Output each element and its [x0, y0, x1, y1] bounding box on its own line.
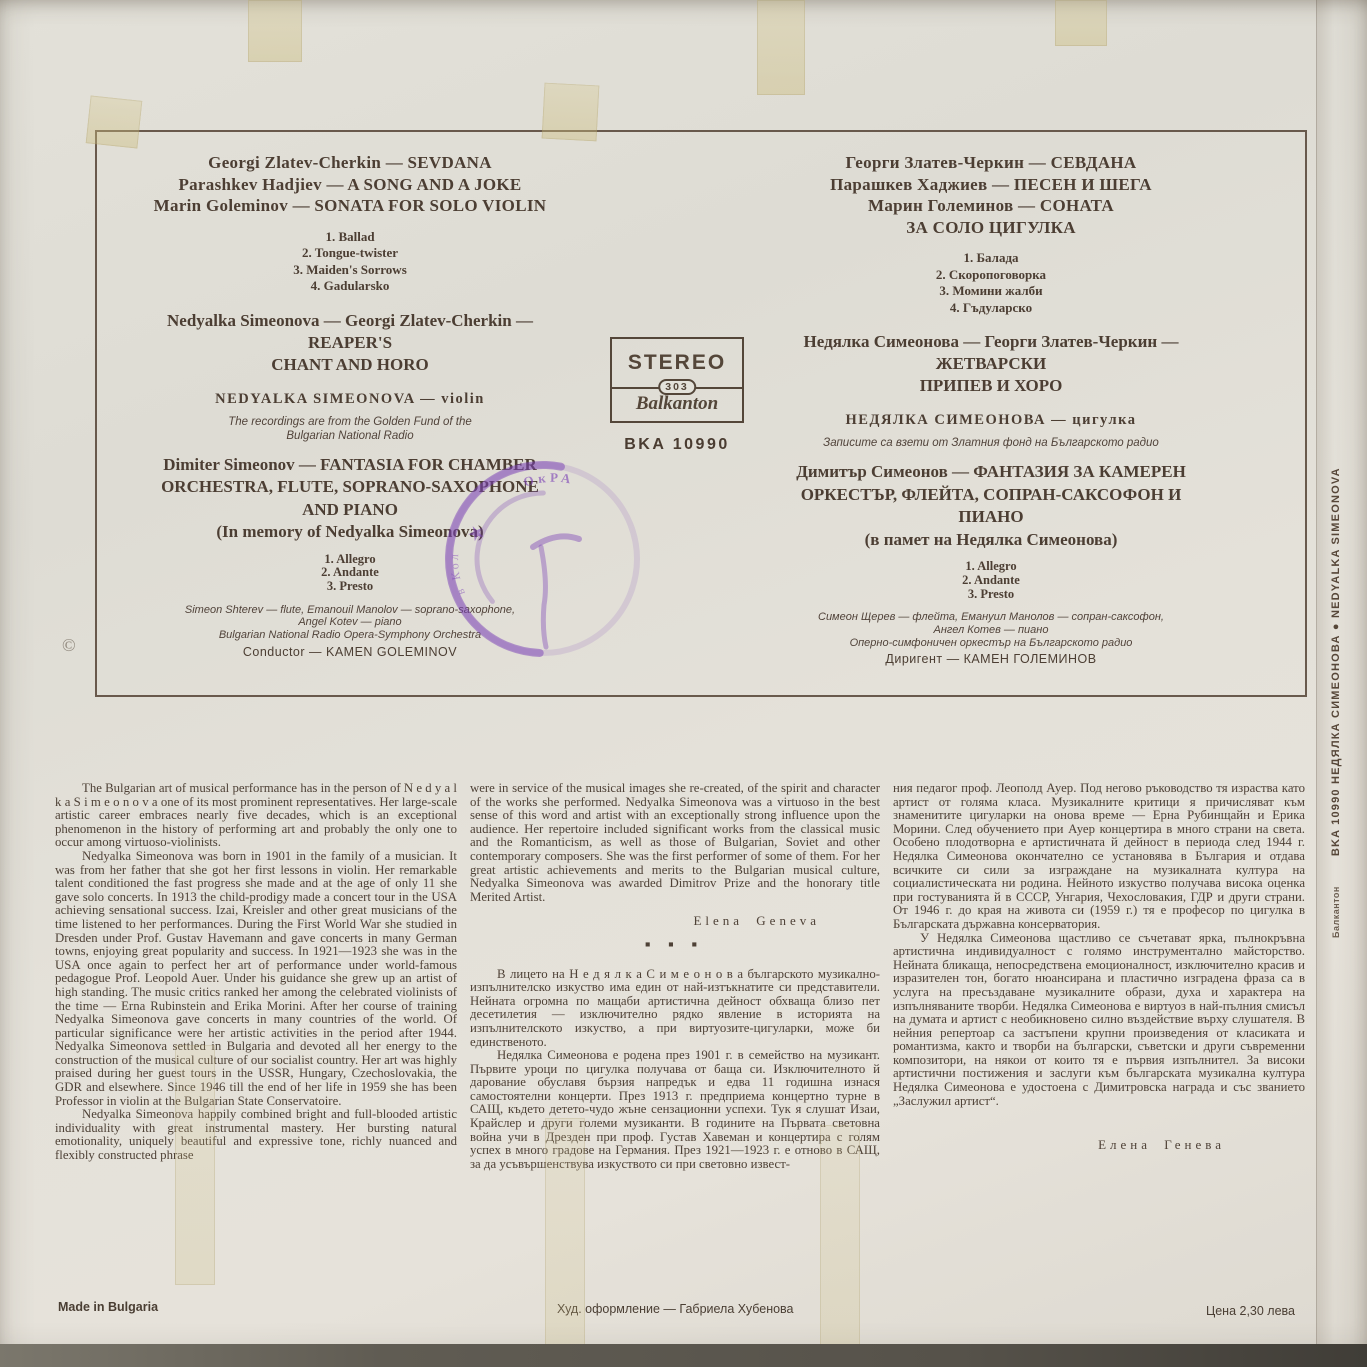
made-in-label: Made in Bulgaria: [58, 1300, 158, 1314]
tape-strip: [1055, 0, 1107, 46]
liner-notes-column-2: were in service of the musical images sh…: [470, 782, 880, 1171]
tracklist-box: Georgi Zlatev-Cherkin — SEVDANAParashkev…: [95, 130, 1307, 697]
work-title-line: ЗА СОЛО ЦИГУЛКА: [795, 217, 1187, 239]
record-sleeve-back: Georgi Zlatev-Cherkin — SEVDANAParashkev…: [0, 0, 1367, 1367]
en-fantasia-movements: 1. Allegro2. Andante3. Presto: [152, 553, 548, 594]
spine-balkanton-label: Балкантон: [1331, 886, 1341, 938]
movement-line: 3. Presto: [152, 580, 548, 594]
bg-fantasia-movements: 1. Allegro2. Andante3. Presto: [795, 560, 1187, 601]
credit-line: Bulgarian National Radio Opera-Symphony …: [152, 629, 548, 642]
spine-catalog-title: BKA 10990 НЕДЯЛКА СИМЕОНОВА ● NEDYALKA S…: [1330, 467, 1342, 856]
catalog-number: BKA 10990: [610, 436, 744, 454]
work-title-line: Marin Goleminov — SONATA FOR SOLO VIOLIN: [152, 195, 548, 217]
movement-line: 4. Гъдуларско: [795, 300, 1187, 317]
movement-line: 1. Ballad: [152, 229, 548, 246]
en-conductor-line: Conductor — KAMEN GOLEMINOV: [152, 645, 548, 659]
work-title-line: ЖЕТВАРСКИ: [795, 353, 1187, 375]
bio-en-paragraph: were in service of the musical images sh…: [470, 782, 880, 904]
copyright-mark: ©: [62, 635, 76, 656]
tape-strip: [175, 1045, 215, 1285]
bg-conductor-line: Диригент — КАМЕН ГОЛЕМИНОВ: [795, 652, 1187, 666]
bio-en-paragraph: Nedyalka Simeonova was born in 1901 in t…: [55, 850, 457, 1108]
en-works-header: Georgi Zlatev-Cherkin — SEVDANAParashkev…: [152, 152, 548, 217]
movement-line: 2. Andante: [152, 566, 548, 580]
work-title-line: ПРИПЕВ И ХОРО: [795, 375, 1187, 397]
author-signature-en: Elena Geneva: [470, 914, 880, 928]
en-performer-line: NEDYALKA SIMEONOVA — violin: [152, 391, 548, 408]
work-title-line: Parashkev Hadjiev — A SONG AND A JOKE: [152, 174, 548, 196]
credit-line: Angel Kotev — piano: [152, 616, 548, 629]
tape-strip: [545, 1118, 585, 1346]
movement-line: 2. Andante: [795, 574, 1187, 588]
en-fantasia-work: Dimiter Simeonov — FANTASIA FOR CHAMBERO…: [152, 454, 548, 544]
stereo-303-badge: 303: [658, 379, 696, 395]
price-label: Цена 2,30 лева: [1206, 1304, 1295, 1318]
bio-bg-paragraph: ния педагог проф. Леополд Ауер. Под него…: [893, 782, 1305, 932]
tracklist-english: Georgi Zlatev-Cherkin — SEVDANAParashkev…: [152, 152, 548, 659]
en-reapers-work: Nedyalka Simeonova — Georgi Zlatev-Cherk…: [152, 310, 548, 376]
tape-strip: [820, 1125, 860, 1346]
tracklist-bulgarian: Георги Златев-Черкин — СЕВДАНАПарашкев Х…: [795, 152, 1187, 666]
work-title-line: ПИАНО: [795, 506, 1187, 529]
credit-line: Симеон Щерев — флейта, Емануил Манолов —…: [795, 611, 1187, 624]
liner-notes-column-1: The Bulgarian art of musical performance…: [55, 782, 457, 1163]
work-title-line: (в памет на Недялка Симеонова): [795, 529, 1187, 552]
liner-notes-column-3: ния педагог проф. Леополд Ауер. Под него…: [893, 782, 1305, 1152]
work-title-line: CHANT AND HORO: [152, 354, 548, 376]
work-title-line: Недялка Симеонова — Георги Златев-Черкин…: [795, 331, 1187, 353]
bio-en-paragraph: The Bulgarian art of musical performance…: [55, 782, 457, 850]
tape-strip: [248, 0, 302, 62]
tape-strip: [542, 83, 600, 142]
movement-line: 3. Момини жалби: [795, 283, 1187, 300]
bio-bg-paragraph: В лицето на Н е д я л к а С и м е о н о …: [470, 968, 880, 1050]
bg-fantasia-work: Димитър Симеонов — ФАНТАЗИЯ ЗА КАМЕРЕНОР…: [795, 461, 1187, 551]
section-separator: ■ ■ ■: [470, 938, 880, 952]
movement-line: 3. Maiden's Sorrows: [152, 262, 548, 279]
work-title-line: Георги Златев-Черкин — СЕВДАНА: [795, 152, 1187, 174]
movement-line: 4. Gadularsko: [152, 278, 548, 295]
work-title-line: AND PIANO: [152, 499, 548, 522]
stereo-logo-top: STEREO 303: [612, 339, 742, 389]
bg-credits: Симеон Щерев — флейта, Емануил Манолов —…: [795, 611, 1187, 649]
balkanton-stereo-logo: STEREO 303 Balkanton: [610, 337, 744, 423]
bio-bg-paragraph: У Недялка Симеонова щастливо се съчетава…: [893, 932, 1305, 1109]
spine-text: БалкантонBKA 10990 НЕДЯЛКА СИМЕОНОВА ● N…: [1330, 467, 1342, 938]
work-title-line: Парашкев Хаджиев — ПЕСЕН И ШЕГА: [795, 174, 1187, 196]
tape-strip: [757, 0, 805, 95]
author-signature-bg: Елена Генева: [893, 1138, 1305, 1152]
work-title-line: Dimiter Simeonov — FANTASIA FOR CHAMBER: [152, 454, 548, 477]
work-title-line: Georgi Zlatev-Cherkin — SEVDANA: [152, 152, 548, 174]
work-title-line: REAPER'S: [152, 332, 548, 354]
sleeve-bottom-edge: [0, 1344, 1367, 1367]
movement-line: 2. Скоропоговорка: [795, 267, 1187, 284]
tape-strip: [86, 95, 143, 148]
credit-line: Ангел Котев — пиано: [795, 624, 1187, 637]
credit-line: Оперно-симфоничен оркестър на Българскот…: [795, 637, 1187, 650]
work-title-line: Nedyalka Simeonova — Georgi Zlatev-Cherk…: [152, 310, 548, 332]
work-title-line: (In memory of Nedyalka Simeonova): [152, 521, 548, 544]
work-title-line: ОРКЕСТЪР, ФЛЕЙТА, СОПРАН-САКСОФОН И: [795, 484, 1187, 507]
note-line: Bulgarian National Radio: [152, 429, 548, 443]
bio-bg-paragraph: Недялка Симеонова е родена през 1901 г. …: [470, 1049, 880, 1171]
work-title-line: Марин Големинов — СОНАТА: [795, 195, 1187, 217]
bio-en-paragraph: Nedyalka Simeonova happily combined brig…: [55, 1108, 457, 1162]
bg-reapers-work: Недялка Симеонова — Георги Златев-Черкин…: [795, 331, 1187, 397]
en-recordings-note: The recordings are from the Golden Fund …: [152, 415, 548, 443]
movement-line: 1. Allegro: [152, 553, 548, 567]
stereo-wordmark: STEREO: [628, 351, 726, 375]
bg-recordings-note: Записите са взети от Златния фонд на Бъл…: [795, 436, 1187, 450]
design-credit: Худ. оформление — Габриела Хубенова: [557, 1302, 794, 1316]
note-line: The recordings are from the Golden Fund …: [152, 415, 548, 429]
movement-line: 2. Tongue-twister: [152, 245, 548, 262]
work-title-line: Димитър Симеонов — ФАНТАЗИЯ ЗА КАМЕРЕН: [795, 461, 1187, 484]
en-credits: Simeon Shterev — flute, Emanouil Manolov…: [152, 604, 548, 642]
en-sonata-movements: 1. Ballad2. Tongue-twister3. Maiden's So…: [152, 229, 548, 295]
work-title-line: ORCHESTRA, FLUTE, SOPRANO-SAXOPHONE: [152, 476, 548, 499]
label-logo-area: STEREO 303 Balkanton BKA 10990: [610, 337, 744, 454]
movement-line: 3. Presto: [795, 588, 1187, 602]
note-line: Записите са взети от Златния фонд на Бъл…: [795, 436, 1187, 450]
bg-works-header: Георги Златев-Черкин — СЕВДАНАПарашкев Х…: [795, 152, 1187, 238]
bg-sonata-movements: 1. Балада2. Скоропоговорка3. Момини жалб…: [795, 250, 1187, 316]
bg-performer-line: НЕДЯЛКА СИМЕОНОВА — цигулка: [795, 412, 1187, 429]
movement-line: 1. Балада: [795, 250, 1187, 267]
movement-line: 1. Allegro: [795, 560, 1187, 574]
credit-line: Simeon Shterev — flute, Emanouil Manolov…: [152, 604, 548, 617]
